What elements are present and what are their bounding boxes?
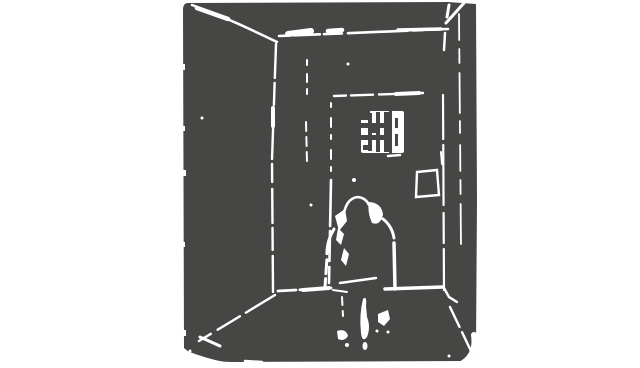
speck-bottom-right bbox=[448, 355, 451, 358]
speck-door-upper bbox=[347, 63, 350, 66]
window-band-2 bbox=[361, 135, 389, 140]
floor-right-horizontal bbox=[385, 287, 443, 289]
figure-left-foot-dot bbox=[345, 343, 349, 347]
figure-right-side bbox=[394, 243, 395, 289]
edge-notch-5 bbox=[183, 330, 186, 336]
door-panel-tick bbox=[441, 152, 442, 164]
speck-left-wall bbox=[201, 117, 204, 120]
edge-notch-4 bbox=[182, 242, 185, 247]
window-bar-4 bbox=[389, 111, 392, 153]
illustration-canvas bbox=[0, 0, 640, 368]
bottom-edge-dash bbox=[245, 361, 262, 362]
edge-notch-2 bbox=[182, 126, 185, 131]
figure-right-dot-1 bbox=[376, 330, 379, 333]
ceiling-corner-drop bbox=[444, 33, 445, 50]
figure-right-dot-2 bbox=[387, 331, 390, 334]
page-background bbox=[0, 0, 640, 368]
edge-notch-1 bbox=[182, 64, 185, 70]
ceiling-blob-1 bbox=[288, 31, 311, 34]
speck-above-head bbox=[352, 178, 356, 182]
top-right-notch bbox=[447, 5, 449, 17]
barred-window bbox=[361, 111, 404, 156]
door-left-outer-lower bbox=[306, 122, 307, 162]
window-bar-3 bbox=[384, 112, 389, 152]
edge-notch-3 bbox=[183, 170, 186, 176]
ceiling-blob-2 bbox=[328, 30, 342, 31]
ceiling-blob-3 bbox=[398, 29, 441, 30]
door-top-bold bbox=[396, 93, 419, 94]
window-bar-5a bbox=[395, 118, 398, 128]
door-right-line bbox=[443, 95, 444, 290]
window-under-dash bbox=[388, 155, 400, 156]
figure-foot-dot bbox=[363, 342, 368, 350]
hallway-illustration bbox=[0, 0, 640, 368]
window-blob-2 bbox=[363, 145, 368, 150]
floor-left-horizontal-bold bbox=[303, 288, 329, 290]
speck-back-wall bbox=[310, 204, 313, 207]
window-bar-5b bbox=[395, 134, 398, 146]
window-blob-1 bbox=[371, 127, 377, 133]
